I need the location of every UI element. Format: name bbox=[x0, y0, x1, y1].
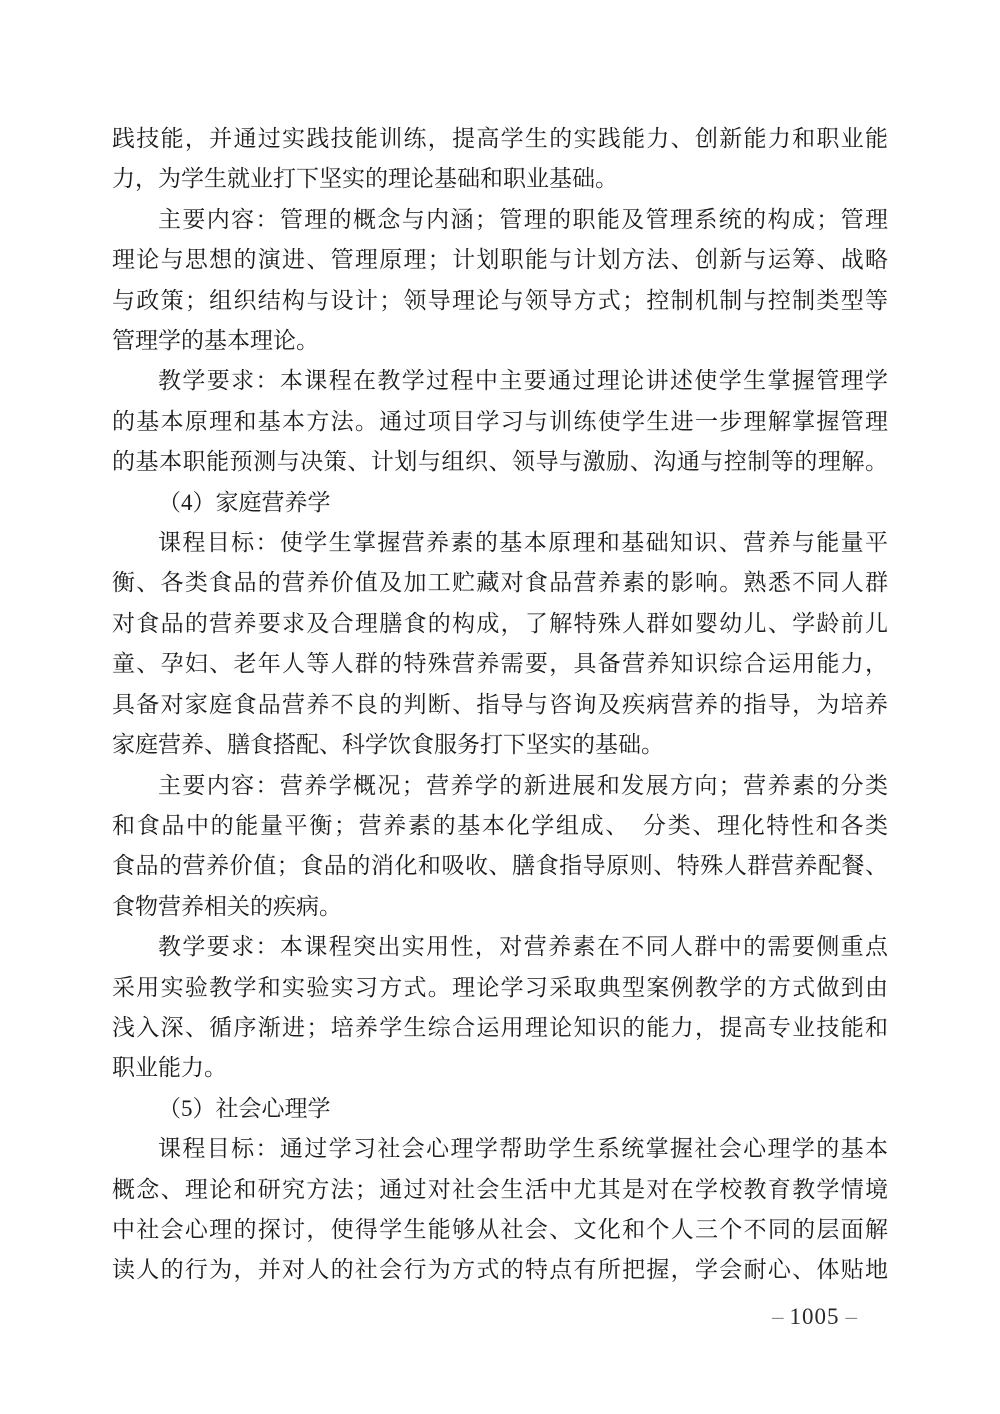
text-line: 的基本原理和基本方法。通过项目学习与训练使学生进一步理解掌握管理 bbox=[112, 402, 888, 442]
text-line: 课程目标：通过学习社会心理学帮助学生系统掌握社会心理学的基本 bbox=[112, 1129, 888, 1169]
text-line: （4）家庭营养学 bbox=[112, 483, 888, 523]
text-line: 主要内容：管理的概念与内涵；管理的职能及管理系统的构成；管理 bbox=[112, 200, 888, 240]
text-line: 课程目标：使学生掌握营养素的基本原理和基础知识、营养与能量平 bbox=[112, 523, 888, 563]
text-line: 具备对家庭食品营养不良的判断、指导与咨询及疾病营养的指导，为培养 bbox=[112, 685, 888, 725]
footer-right-dash: – bbox=[840, 1304, 864, 1329]
text-line: 和食品中的能量平衡；营养素的基本化学组成、 分类、理化特性和各类 bbox=[112, 806, 888, 846]
footer-left-dash: – bbox=[766, 1304, 790, 1329]
text-line: 食物营养相关的疾病。 bbox=[112, 887, 888, 927]
text-line: 衡、各类食品的营养价值及加工贮藏对食品营养素的影响。熟悉不同人群 bbox=[112, 563, 888, 603]
text-line: 理论与思想的演进、管理原理；计划职能与计划方法、创新与运筹、战略 bbox=[112, 240, 888, 280]
footer-page-number: 1005 bbox=[790, 1304, 840, 1329]
text-line: 力，为学生就业打下坚实的理论基础和职业基础。 bbox=[112, 159, 888, 199]
text-line: 教学要求：本课程在教学过程中主要通过理论讲述使学生掌握管理学 bbox=[112, 361, 888, 401]
document-page: 践技能，并通过实践技能训练，提高学生的实践能力、创新能力和职业能力，为学生就业打… bbox=[0, 0, 1000, 1414]
document-body: 践技能，并通过实践技能训练，提高学生的实践能力、创新能力和职业能力，为学生就业打… bbox=[112, 119, 888, 1291]
text-line: 采用实验教学和实验实习方式。理论学习采取典型案例教学的方式做到由 bbox=[112, 968, 888, 1008]
text-line: 践技能，并通过实践技能训练，提高学生的实践能力、创新能力和职业能 bbox=[112, 119, 888, 159]
text-line: 读人的行为，并对人的社会行为方式的特点有所把握，学会耐心、体贴地 bbox=[112, 1250, 888, 1290]
text-line: 的基本职能预测与决策、计划与组织、领导与激励、沟通与控制等的理解。 bbox=[112, 442, 888, 482]
text-line: 与政策；组织结构与设计；领导理论与领导方式；控制机制与控制类型等 bbox=[112, 281, 888, 321]
text-line: 主要内容：营养学概况；营养学的新进展和发展方向；营养素的分类 bbox=[112, 766, 888, 806]
text-line: 概念、理论和研究方法；通过对社会生活中尤其是对在学校教育教学情境 bbox=[112, 1170, 888, 1210]
text-line: 对食品的营养要求及合理膳食的构成，了解特殊人群如婴幼儿、学龄前儿 bbox=[112, 604, 888, 644]
text-line: 职业能力。 bbox=[112, 1048, 888, 1088]
text-line: 童、孕妇、老年人等人群的特殊营养需要，具备营养知识综合运用能力， bbox=[112, 644, 888, 684]
page-footer: –1005– bbox=[766, 1303, 863, 1331]
text-line: 教学要求：本课程突出实用性，对营养素在不同人群中的需要侧重点 bbox=[112, 927, 888, 967]
text-line: 管理学的基本理论。 bbox=[112, 321, 888, 361]
text-line: 家庭营养、膳食搭配、科学饮食服务打下坚实的基础。 bbox=[112, 725, 888, 765]
text-line: （5）社会心理学 bbox=[112, 1089, 888, 1129]
text-line: 食品的营养价值；食品的消化和吸收、膳食指导原则、特殊人群营养配餐、 bbox=[112, 846, 888, 886]
text-line: 中社会心理的探讨，使得学生能够从社会、文化和个人三个不同的层面解 bbox=[112, 1210, 888, 1250]
text-line: 浅入深、循序渐进；培养学生综合运用理论知识的能力，提高专业技能和 bbox=[112, 1008, 888, 1048]
